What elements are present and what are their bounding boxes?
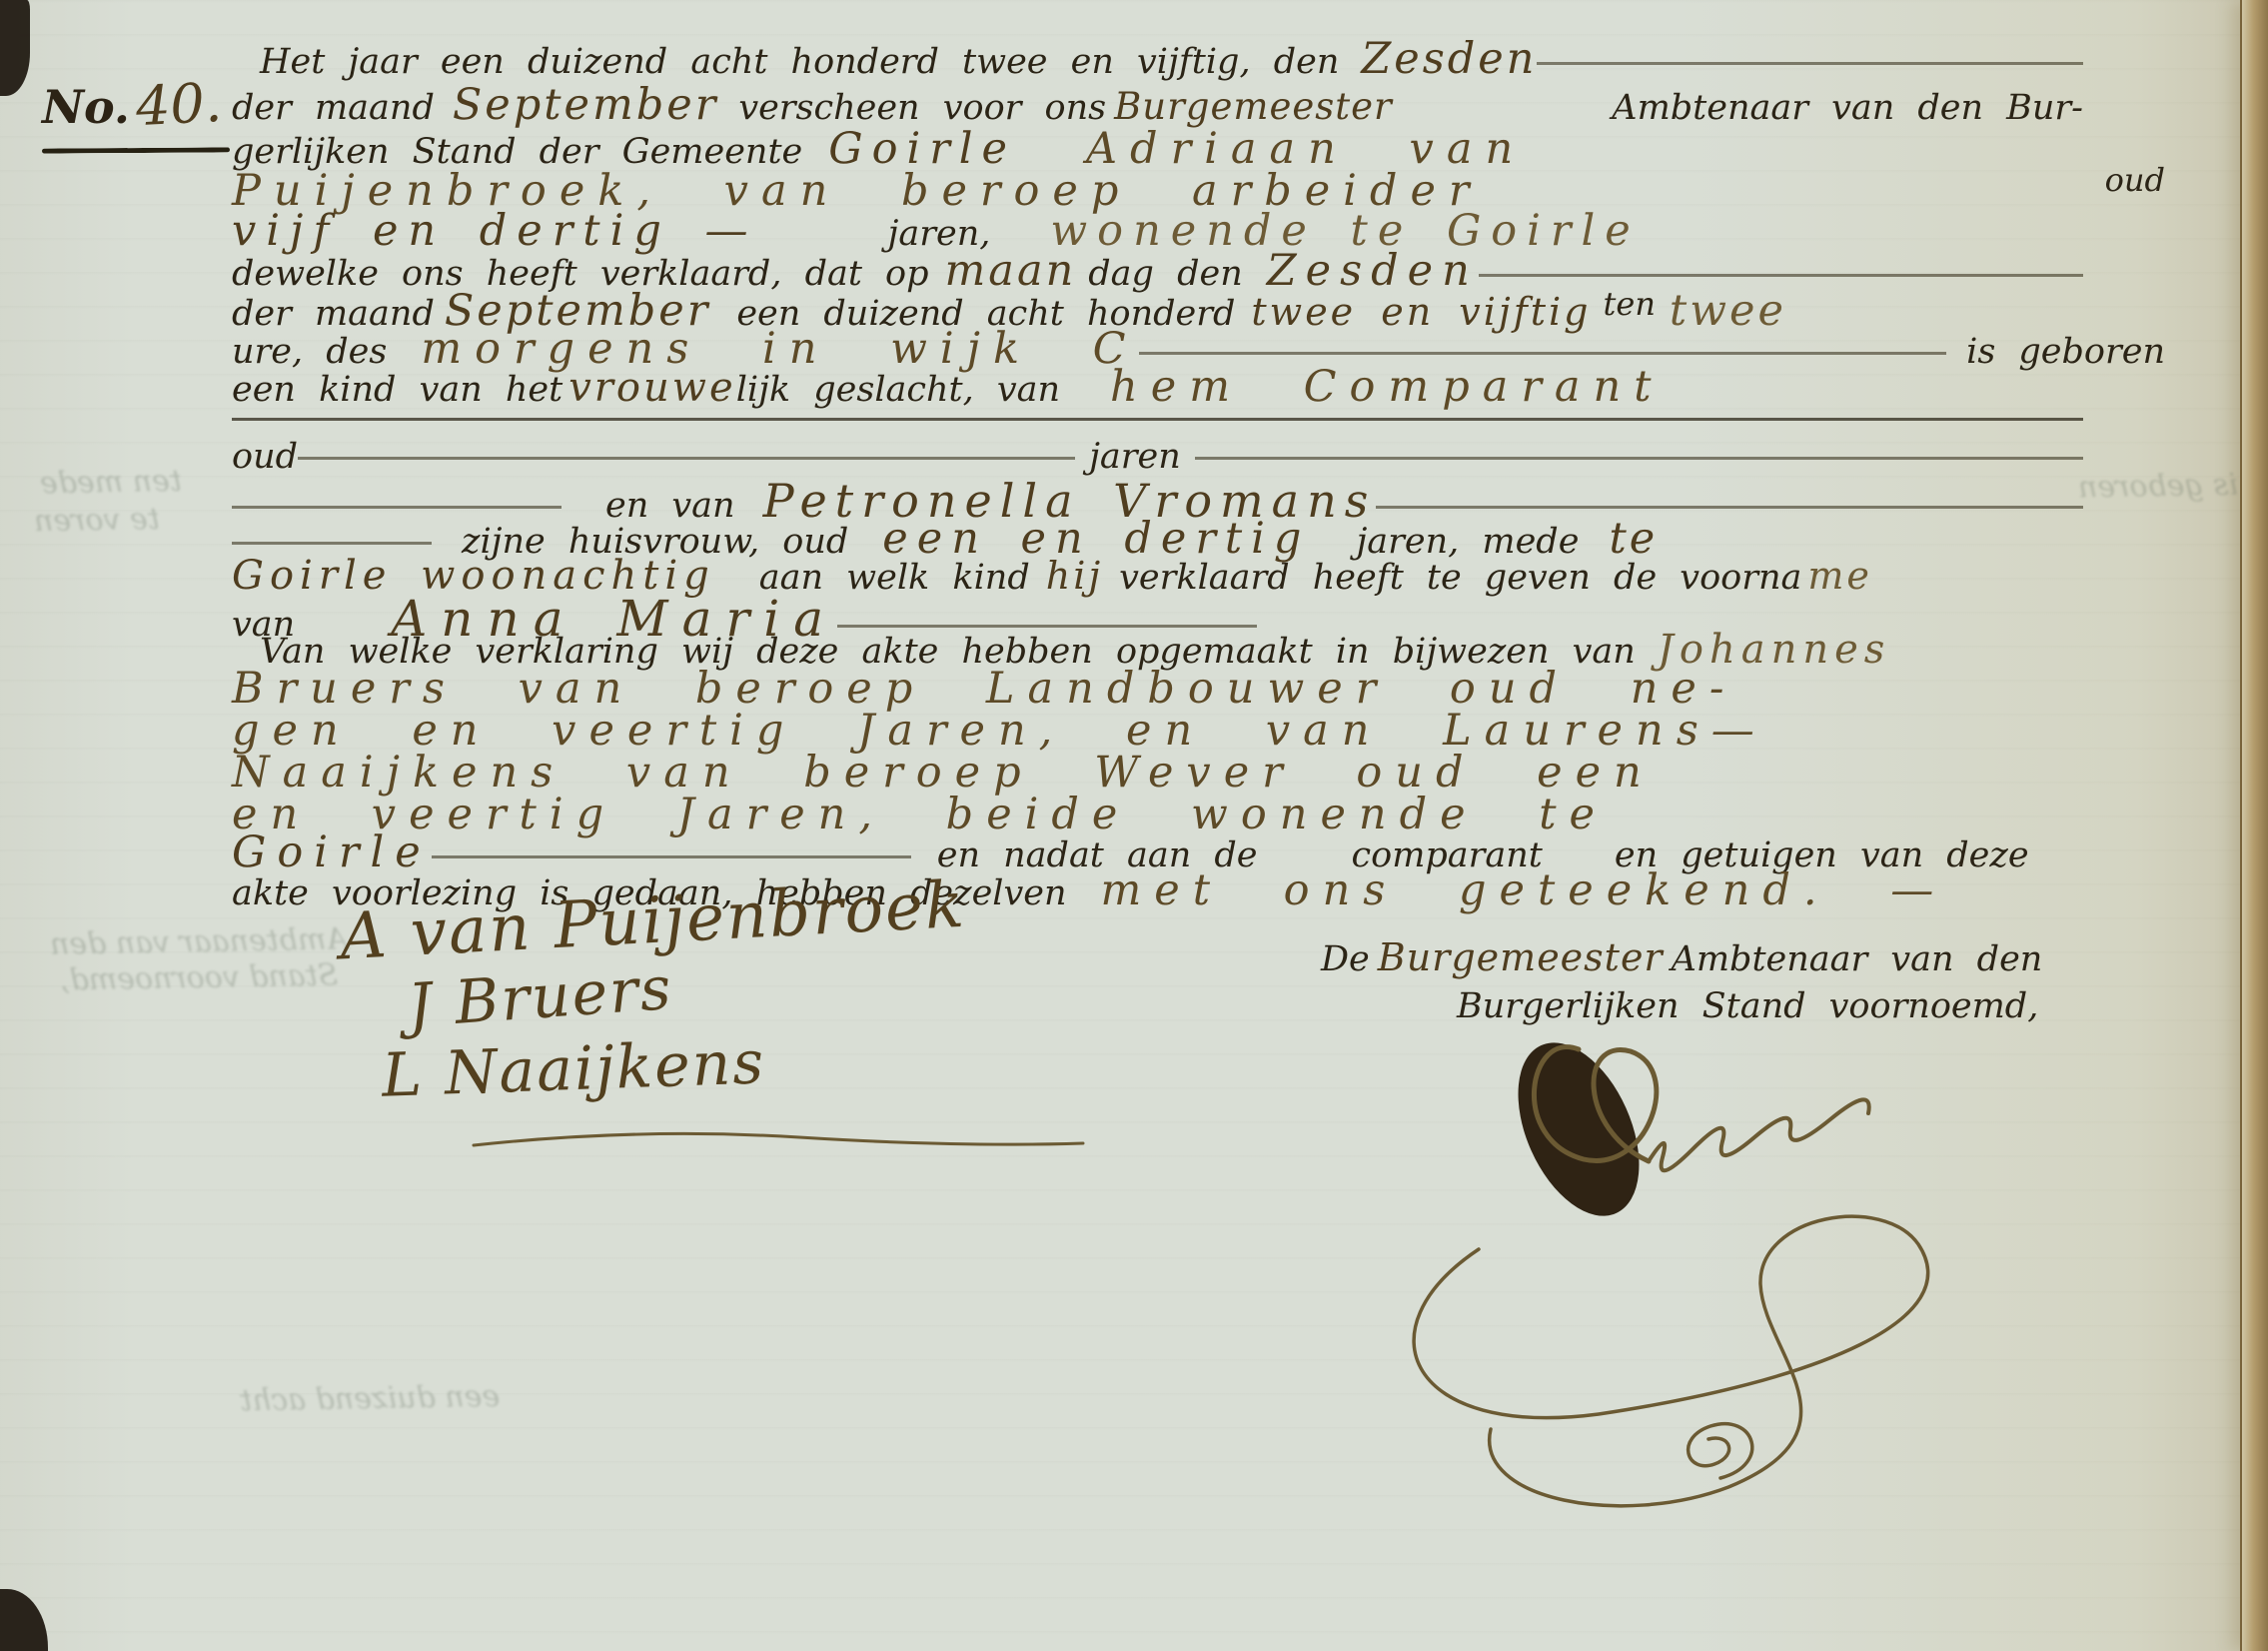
bleedthrough-text: ten mede bbox=[40, 467, 182, 499]
bleedthrough-text: Stand voornoemd, bbox=[60, 961, 339, 996]
ruled-blank bbox=[1537, 58, 2083, 65]
ruled-blank bbox=[298, 453, 1075, 460]
ruled-blank bbox=[837, 621, 1257, 628]
printed-jaren-2: jaren bbox=[1089, 438, 1181, 477]
printed-de: De bbox=[1321, 940, 1370, 979]
printed-een-kind: een kind van het bbox=[232, 371, 563, 410]
printed-oud: oud bbox=[2105, 163, 2165, 198]
handwritten-met-ons-geteekend: met ons geteekend. — bbox=[1101, 867, 1947, 914]
ruled-blank bbox=[232, 502, 562, 509]
handwritten-burgemeester: Burgemeester bbox=[1378, 937, 1664, 979]
birth-certificate-scan: ten mede te voren is geboren Ambtenaar v… bbox=[0, 0, 2268, 1651]
top-left-ink-mark bbox=[0, 0, 30, 96]
printed-oud-2: oud bbox=[232, 438, 298, 477]
bleedthrough-text: Ambtenaar van den bbox=[50, 924, 349, 959]
printed-ambtenaar: Ambtenaar van den Bur- bbox=[1612, 89, 2083, 128]
registrar-signature-flourish bbox=[1279, 1009, 2058, 1569]
act-number-block: No.40. bbox=[42, 78, 237, 153]
signature-witness2: L Naaijkens bbox=[381, 1032, 766, 1105]
printed-geslacht: lijk geslacht, van bbox=[736, 371, 1060, 410]
horizontal-rule bbox=[232, 418, 2083, 421]
signature-flourish-line bbox=[470, 1127, 1089, 1157]
handwritten-day: Zesden bbox=[1361, 36, 1537, 83]
ruled-blank bbox=[1376, 502, 2083, 509]
printed-der-maand: der maand bbox=[232, 89, 435, 128]
bleedthrough-text: een duizend acht bbox=[240, 1382, 501, 1417]
handwritten-parent-ref: hem Comparant bbox=[1110, 364, 1664, 411]
act-number-label: No. bbox=[42, 80, 130, 134]
printed-year-text: Het jaar een duizend acht honderd twee e… bbox=[260, 43, 1339, 82]
bleedthrough-text: is geboren bbox=[2078, 471, 2239, 504]
printed-ambtenaar-van-den: Ambtenaar van den bbox=[1672, 940, 2043, 979]
handwritten-official-title: Burgemeester bbox=[1114, 87, 1393, 128]
signature-witness1: J Bruers bbox=[406, 958, 674, 1036]
act-number-value: 40. bbox=[135, 76, 224, 134]
bleedthrough-text: te voren bbox=[34, 505, 160, 537]
registrar-title-line1: De Burgemeester Ambtenaar van den bbox=[1321, 937, 2042, 979]
line-oud-jaren-blank: oud jaren bbox=[232, 438, 2083, 477]
ruled-blank bbox=[432, 851, 911, 858]
line-year: Het jaar een duizend acht honderd twee e… bbox=[232, 36, 2083, 83]
printed-ten: ten bbox=[1604, 287, 1656, 322]
line-child-gender: een kind van het vrouwe lijk geslacht, v… bbox=[232, 364, 2083, 411]
ruled-blank bbox=[232, 538, 432, 545]
act-number-underline bbox=[42, 147, 230, 153]
ruled-blank bbox=[1479, 270, 2083, 277]
bottom-left-ink-mark bbox=[0, 1589, 48, 1651]
printed-verscheen: verscheen voor ons bbox=[738, 89, 1106, 128]
line-month-official: der maand September verscheen voor ons B… bbox=[232, 82, 2083, 129]
handwritten-month: September bbox=[453, 82, 718, 129]
ruled-blank bbox=[1139, 348, 1947, 355]
ruled-blank bbox=[1195, 453, 2083, 460]
handwritten-gender: vrouwe bbox=[568, 366, 735, 410]
book-binding-edge bbox=[2240, 0, 2268, 1651]
